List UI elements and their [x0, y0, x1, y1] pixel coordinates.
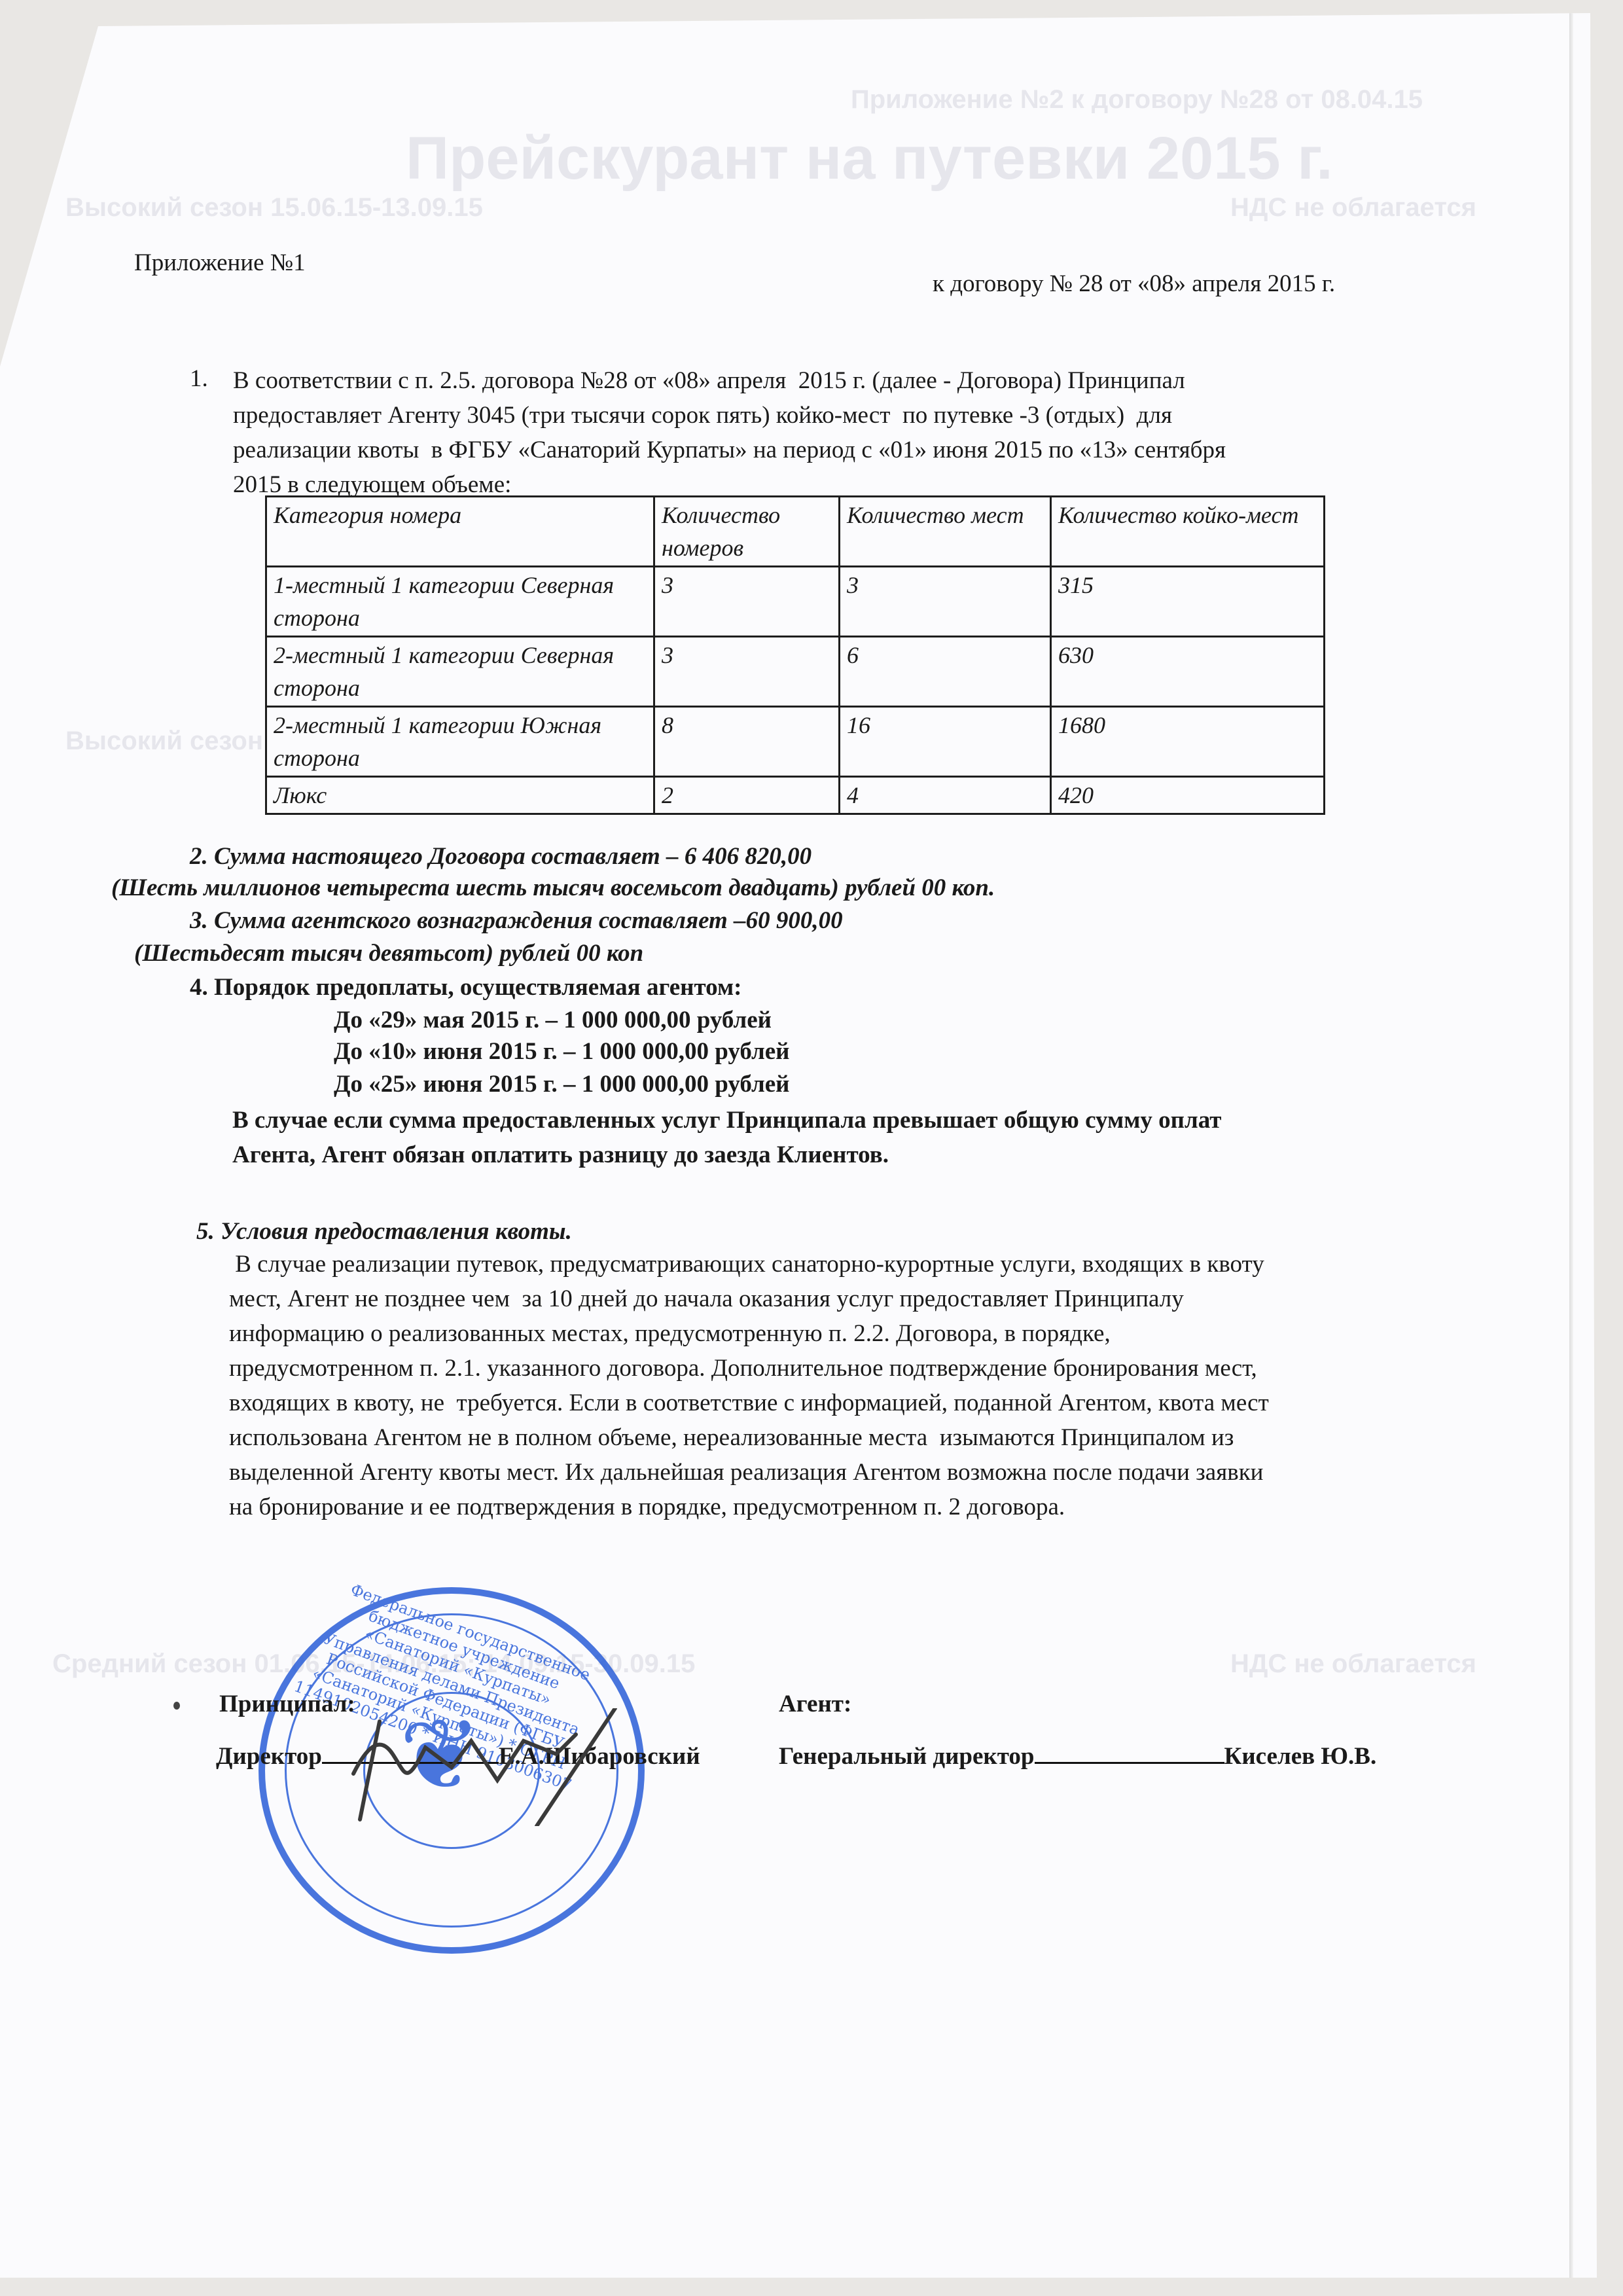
cell-places: 16 — [840, 707, 1051, 777]
cell-rooms: 3 — [654, 637, 840, 707]
cell-bed-places: 315 — [1051, 567, 1325, 637]
clause-3-fee: 3. Сумма агентского вознаграждения соста… — [190, 905, 843, 937]
header-rooms: Количество номеров — [654, 497, 840, 567]
principal-title: Директор — [216, 1743, 322, 1770]
cell-category: 1-местный 1 категории Северная сторона — [266, 567, 654, 637]
cell-bed-places: 1680 — [1051, 707, 1325, 777]
clause-5-title: 5. Условия предоставления квоты. — [196, 1216, 572, 1247]
ghost-section-high: Высокий сезон 15.06.15-13.09.15 — [65, 193, 483, 223]
page-edge — [1569, 13, 1573, 2278]
cell-category: 2-местный 1 категории Северная сторона — [266, 637, 654, 707]
ghost-subtitle: Приложение №2 к договору №28 от 08.04.15 — [851, 85, 1423, 115]
payment-2: До «10» июня 2015 г. – 1 000 000,00 рубл… — [334, 1036, 789, 1067]
scanned-page: Приложение №2 к договору №28 от 08.04.15… — [0, 0, 1597, 2278]
principal-label: Принципал: — [219, 1689, 355, 1720]
clause-2-amount: 2. Сумма настоящего Договора составляет … — [190, 841, 811, 872]
contract-reference: к договору № 28 от «08» апреля 2015 г. — [933, 268, 1335, 300]
clause-1-number: 1. — [190, 363, 208, 395]
clause-5-text: В случае реализации путевок, предусматри… — [229, 1247, 1269, 1524]
cell-rooms: 3 — [654, 567, 840, 637]
agent-label: Агент: — [779, 1689, 851, 1720]
cell-places: 4 — [840, 777, 1051, 814]
table-row: 1-местный 1 категории Северная сторона 3… — [266, 567, 1325, 637]
clause-4-note: В случае если сумма предоставленных услу… — [232, 1103, 1221, 1172]
table-row: 2-местный 1 категории Южная сторона 8 16… — [266, 707, 1325, 777]
agent-name: Киселев Ю.В. — [1224, 1743, 1377, 1770]
header-places: Количество мест — [840, 497, 1051, 567]
ghost-vat-note-2: НДС не облагается — [1230, 1649, 1476, 1679]
agent-signature-line: Генеральный директорКиселев Ю.В. — [779, 1741, 1376, 1772]
table-row: Люкс 2 4 420 — [266, 777, 1325, 814]
table-header-row: Категория номера Количество номеров Коли… — [266, 497, 1325, 567]
table-row: 2-местный 1 категории Северная сторона 3… — [266, 637, 1325, 707]
ghost-section-high2: Высокий сезон — [65, 726, 263, 756]
cell-rooms: 8 — [654, 707, 840, 777]
ghost-title: Прейскурант на путевки 2015 г. — [406, 124, 1333, 193]
clause-4-title: 4. Порядок предоплаты, осуществляемая аг… — [190, 972, 742, 1003]
appendix-label: Приложение №1 — [134, 247, 306, 279]
cell-category: Люкс — [266, 777, 654, 814]
cell-places: 3 — [840, 567, 1051, 637]
signature-underline — [1035, 1762, 1224, 1764]
clause-2-amount-words: (Шесть миллионов четыреста шесть тысяч в… — [111, 872, 995, 904]
cell-bed-places: 630 — [1051, 637, 1325, 707]
payment-3: До «25» июня 2015 г. – 1 000 000,00 рубл… — [334, 1069, 789, 1100]
ghost-vat-note: НДС не облагается — [1230, 193, 1476, 223]
clause-3-fee-words: (Шестьдесят тысяч девятьсот) рублей 00 к… — [134, 938, 643, 969]
cell-bed-places: 420 — [1051, 777, 1325, 814]
payment-1: До «29» мая 2015 г. – 1 000 000,00 рубле… — [334, 1005, 772, 1036]
agent-title: Генеральный директор — [779, 1743, 1035, 1770]
quota-table: Категория номера Количество номеров Коли… — [265, 495, 1325, 815]
scan-dot — [173, 1702, 180, 1710]
cell-rooms: 2 — [654, 777, 840, 814]
handwritten-signature — [340, 1708, 707, 1826]
cell-places: 6 — [840, 637, 1051, 707]
cell-category: 2-местный 1 категории Южная сторона — [266, 707, 654, 777]
header-category: Категория номера — [266, 497, 654, 567]
clause-1-text: В соответствии с п. 2.5. договора №28 от… — [233, 363, 1226, 502]
header-bed-places: Количество койко-мест — [1051, 497, 1325, 567]
